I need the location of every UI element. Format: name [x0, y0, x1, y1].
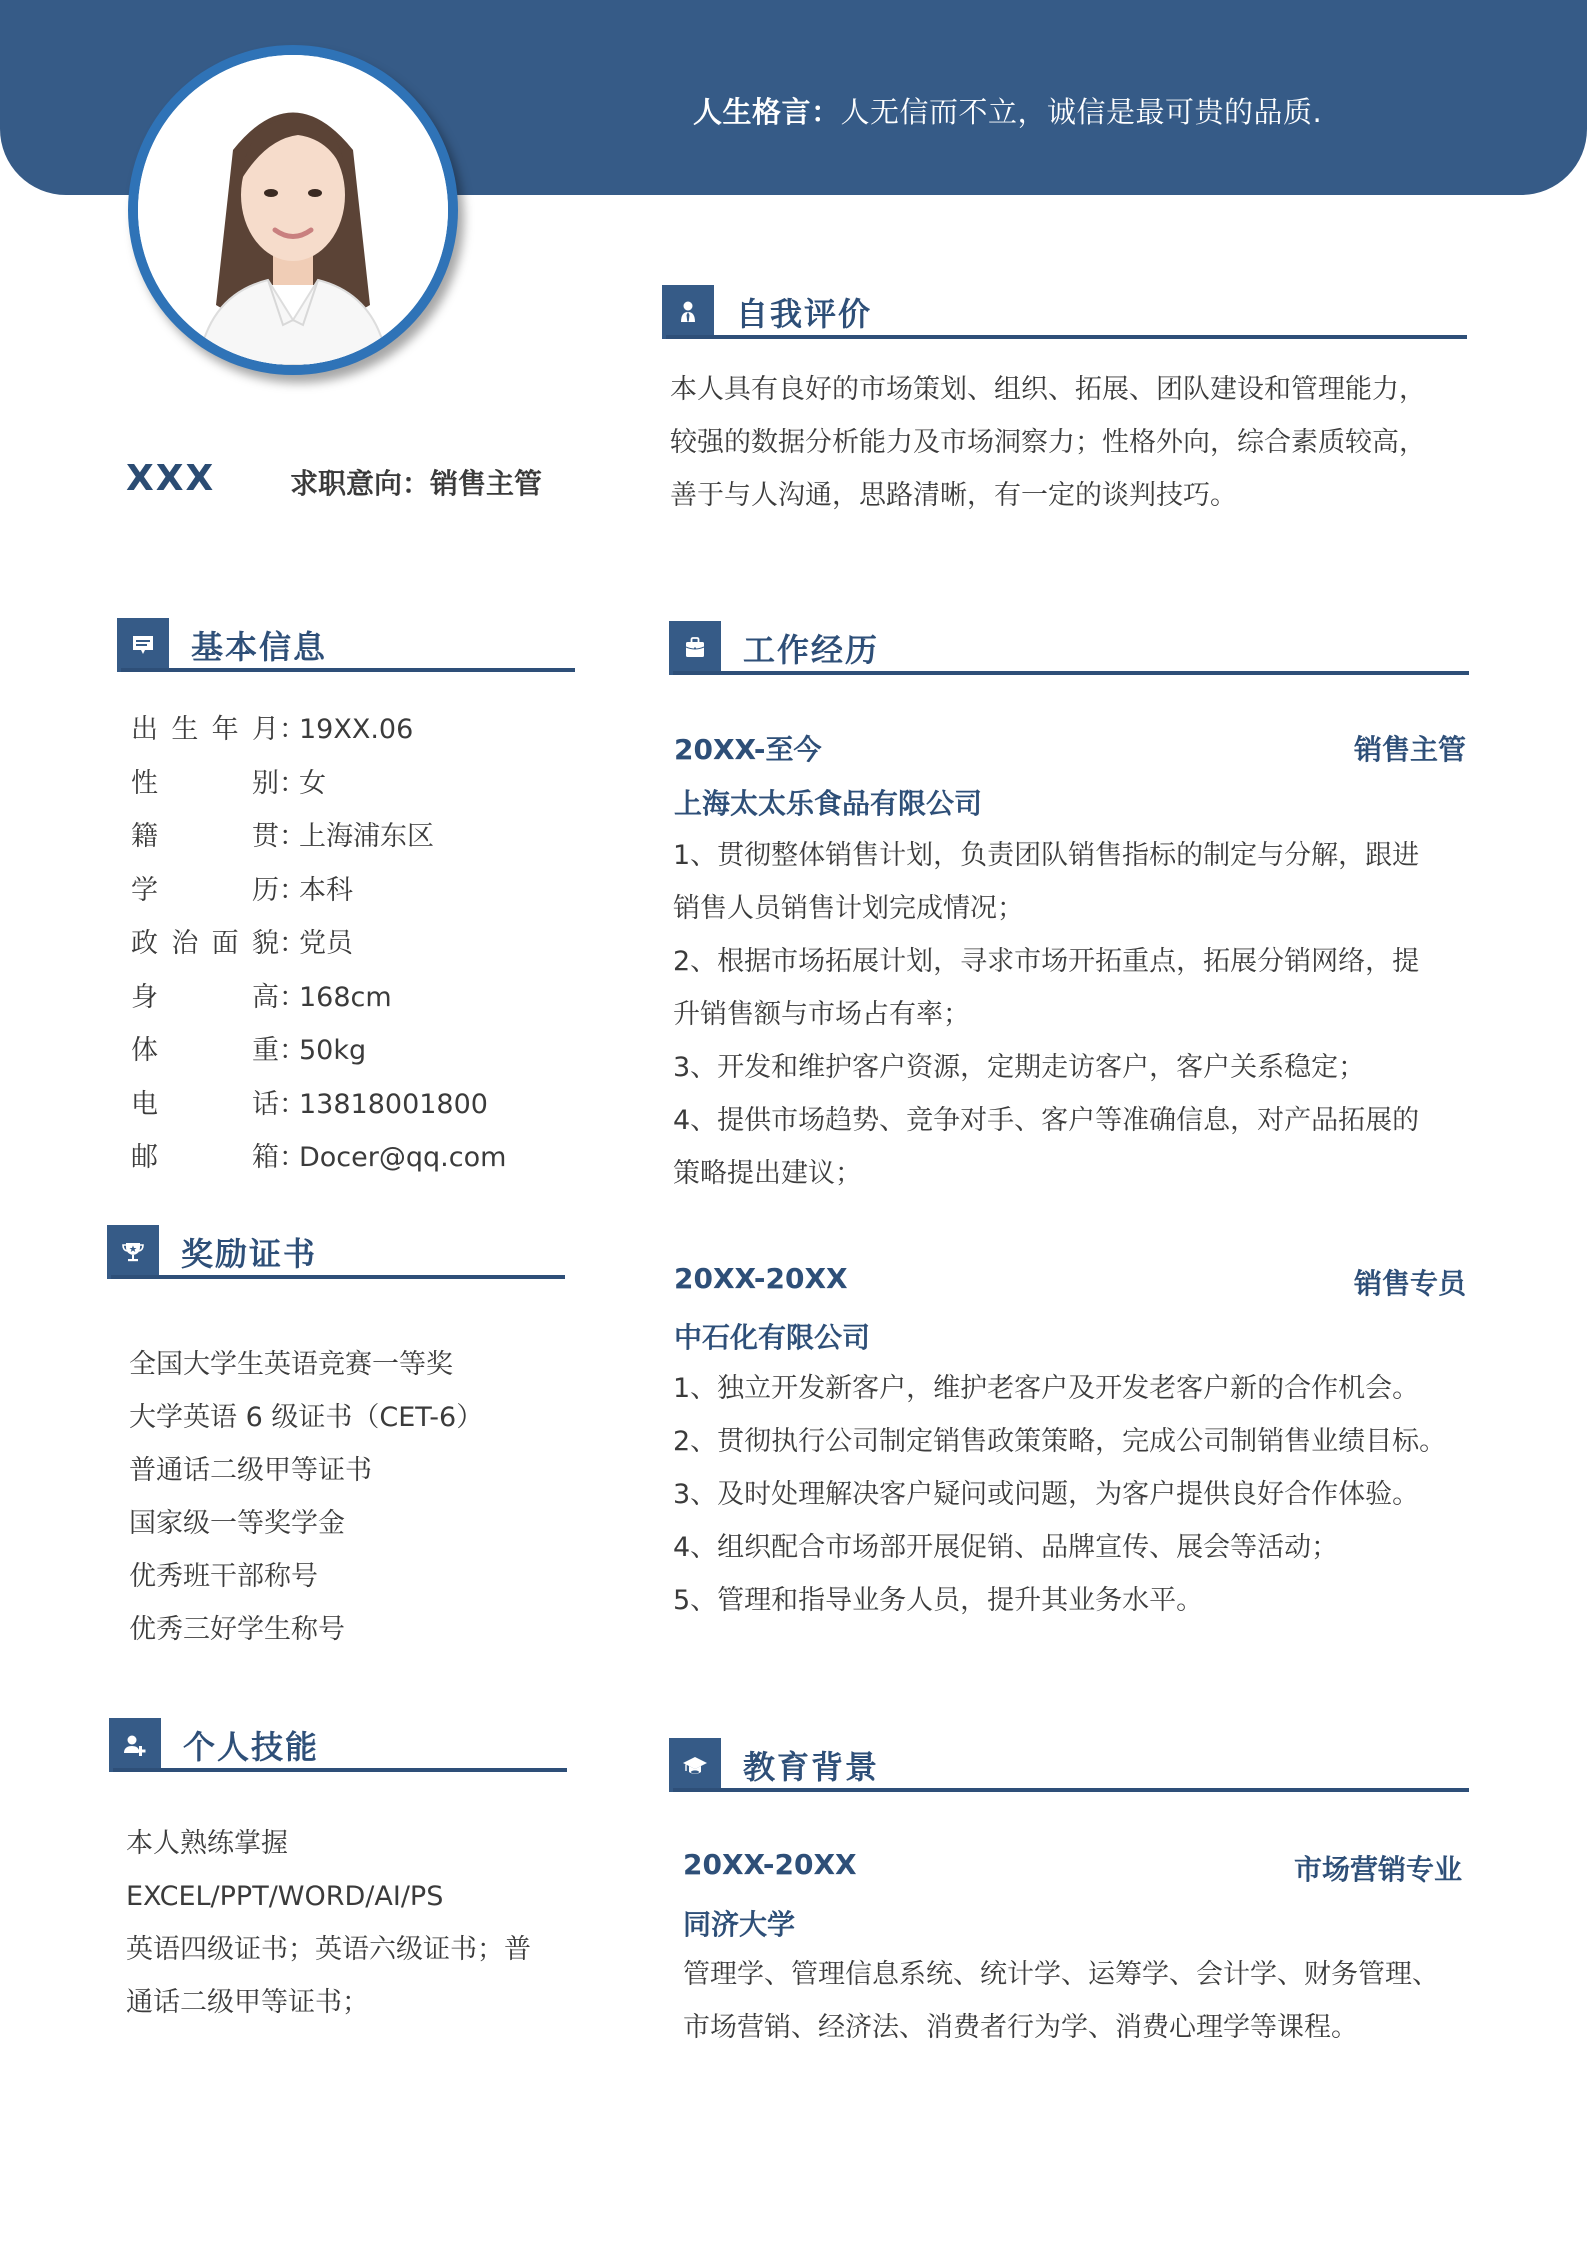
- info-key: 性别: [131, 757, 279, 811]
- graduation-cap-icon: [669, 1738, 721, 1792]
- course-line: 市场营销、经济法、消费者行为学、消费心理学等课程。: [683, 2001, 1439, 2054]
- skills-text: 本人熟练掌握 EXCEL/PPT/WORD/AI/PS 英语四级证书；英语六级证…: [126, 1817, 531, 2029]
- section-basic-info: 基本信息: [117, 618, 575, 682]
- duty-line: 2、根据市场拓展计划，寻求市场开拓重点，拓展分销网络，提: [673, 935, 1419, 988]
- info-row-birth: 出生年月 ： 19XX.06: [131, 703, 506, 757]
- info-key: 电话: [131, 1078, 279, 1132]
- award-item: 优秀三好学生称号: [129, 1603, 483, 1656]
- duty-line: 1、贯彻整体销售计划，负责团队销售指标的制定与分解，跟进: [673, 829, 1419, 882]
- self-evaluation-text: 本人具有良好的市场策划、组织、拓展、团队建设和管理能力， 较强的数据分析能力及市…: [670, 363, 1426, 522]
- message-icon: [117, 618, 169, 672]
- info-key: 籍贯: [131, 810, 279, 864]
- info-key: 政治面貌: [131, 917, 279, 971]
- skills-line: EXCEL/PPT/WORD/AI/PS: [126, 1870, 531, 1923]
- info-value: 女: [299, 757, 326, 811]
- duty-line: 2、贯彻执行公司制定销售政策策略，完成公司制销售业绩目标。: [673, 1415, 1446, 1468]
- add-user-icon: [109, 1718, 161, 1772]
- info-key: 出生年月: [131, 703, 279, 757]
- section-underline: [673, 671, 1469, 675]
- section-title: 工作经历: [743, 625, 879, 671]
- job-company: 中石化有限公司: [674, 1316, 870, 1356]
- section-awards: 奖励证书: [107, 1225, 565, 1289]
- section-title: 奖励证书: [181, 1229, 317, 1275]
- info-row-email: 邮箱 ： Docer@qq.com: [131, 1131, 506, 1185]
- info-value: 13818001800: [299, 1078, 488, 1132]
- skills-line: 英语四级证书；英语六级证书；普: [126, 1923, 531, 1976]
- skills-line: 本人熟练掌握: [126, 1817, 531, 1870]
- award-item: 全国大学生英语竞赛一等奖: [129, 1338, 483, 1391]
- duty-line: 4、提供市场趋势、竞争对手、客户等准确信息，对产品拓展的: [673, 1094, 1419, 1147]
- section-underline: [121, 668, 575, 672]
- motto: 人生格言：人无信而不立，诚信是最可贵的品质.: [693, 90, 1322, 134]
- duty-line: 3、及时处理解决客户疑问或问题，为客户提供良好合作体验。: [673, 1468, 1446, 1521]
- education-courses: 管理学、管理信息系统、统计学、运筹学、会计学、财务管理、 市场营销、经济法、消费…: [683, 1948, 1439, 2054]
- portrait-photo: [138, 55, 448, 365]
- job-duties: 1、贯彻整体销售计划，负责团队销售指标的制定与分解，跟进 销售人员销售计划完成情…: [673, 829, 1419, 1200]
- info-value: 168cm: [299, 971, 392, 1025]
- job-role: 销售专员: [1200, 1262, 1466, 1302]
- motto-label: 人生格言：: [693, 95, 841, 129]
- info-key: 学历: [131, 864, 279, 918]
- info-row-gender: 性别 ： 女: [131, 757, 506, 811]
- job-duties: 1、独立开发新客户，维护老客户及开发老客户新的合作机会。 2、贯彻执行公司制定销…: [673, 1362, 1446, 1627]
- job-intent: 求职意向：销售主管: [290, 462, 542, 502]
- info-value: Docer@qq.com: [299, 1131, 506, 1185]
- skills-line: 通话二级甲等证书；: [126, 1976, 531, 2029]
- duty-line: 策略提出建议；: [673, 1147, 1419, 1200]
- self-eval-line: 善于与人沟通，思路清晰，有一定的谈判技巧。: [670, 469, 1426, 522]
- education-period: 20XX-20XX: [683, 1848, 857, 1881]
- duty-line: 3、开发和维护客户资源，定期走访客户，客户关系稳定；: [673, 1041, 1419, 1094]
- info-row-phone: 电话 ： 13818001800: [131, 1078, 506, 1132]
- person-tie-icon: [662, 285, 714, 339]
- job-period: 20XX-至今: [674, 728, 821, 768]
- award-item: 优秀班干部称号: [129, 1550, 483, 1603]
- candidate-name: XXX: [126, 458, 215, 499]
- info-value: 19XX.06: [299, 703, 413, 757]
- info-key: 身高: [131, 971, 279, 1025]
- section-underline: [666, 335, 1467, 339]
- info-row-education: 学历 ： 本科: [131, 864, 506, 918]
- info-value: 本科: [299, 864, 353, 918]
- duty-line: 1、独立开发新客户，维护老客户及开发老客户新的合作机会。: [673, 1362, 1446, 1415]
- section-work-experience: 工作经历: [669, 621, 1469, 685]
- briefcase-icon: [669, 621, 721, 675]
- info-key: 邮箱: [131, 1131, 279, 1185]
- section-title: 自我评价: [736, 289, 872, 335]
- section-title: 教育背景: [743, 1742, 879, 1788]
- duty-line: 升销售额与市场占有率；: [673, 988, 1419, 1041]
- course-line: 管理学、管理信息系统、统计学、运筹学、会计学、财务管理、: [683, 1948, 1439, 2001]
- duty-line: 5、管理和指导业务人员，提升其业务水平。: [673, 1574, 1446, 1627]
- duty-line: 销售人员销售计划完成情况；: [673, 882, 1419, 935]
- basic-info-list: 出生年月 ： 19XX.06 性别 ： 女 籍贯 ： 上海浦东区 学历 ： 本科…: [131, 703, 506, 1185]
- avatar: [128, 45, 458, 375]
- section-underline: [673, 1788, 1469, 1792]
- job-role: 销售主管: [1200, 728, 1466, 768]
- portrait-placeholder-icon: [138, 55, 448, 365]
- job-company: 上海太太乐食品有限公司: [674, 782, 982, 822]
- info-row-height: 身高 ： 168cm: [131, 971, 506, 1025]
- info-value: 党员: [299, 917, 353, 971]
- section-education: 教育背景: [669, 1738, 1469, 1802]
- section-underline: [111, 1275, 565, 1279]
- info-row-political: 政治面貌 ： 党员: [131, 917, 506, 971]
- section-self-evaluation: 自我评价: [662, 285, 1467, 349]
- motto-text: 人无信而不立，诚信是最可贵的品质.: [841, 95, 1323, 129]
- award-item: 普通话二级甲等证书: [129, 1444, 483, 1497]
- job-period: 20XX-20XX: [674, 1262, 848, 1295]
- info-row-hometown: 籍贯 ： 上海浦东区: [131, 810, 506, 864]
- info-value: 50kg: [299, 1024, 366, 1078]
- trophy-icon: [107, 1225, 159, 1279]
- award-item: 国家级一等奖学金: [129, 1497, 483, 1550]
- self-eval-line: 本人具有良好的市场策划、组织、拓展、团队建设和管理能力，: [670, 363, 1426, 416]
- info-row-weight: 体重 ： 50kg: [131, 1024, 506, 1078]
- awards-list: 全国大学生英语竞赛一等奖 大学英语 6 级证书（CET-6） 普通话二级甲等证书…: [129, 1338, 483, 1656]
- info-value: 上海浦东区: [299, 810, 434, 864]
- education-school: 同济大学: [683, 1903, 795, 1943]
- education-major: 市场营销专业: [1160, 1848, 1462, 1888]
- award-item: 大学英语 6 级证书（CET-6）: [129, 1391, 483, 1444]
- info-key: 体重: [131, 1024, 279, 1078]
- section-skills: 个人技能: [109, 1718, 567, 1782]
- section-title: 个人技能: [183, 1722, 319, 1768]
- duty-line: 4、组织配合市场部开展促销、品牌宣传、展会等活动；: [673, 1521, 1446, 1574]
- self-eval-line: 较强的数据分析能力及市场洞察力；性格外向，综合素质较高，: [670, 416, 1426, 469]
- section-title: 基本信息: [191, 622, 327, 668]
- section-underline: [113, 1768, 567, 1772]
